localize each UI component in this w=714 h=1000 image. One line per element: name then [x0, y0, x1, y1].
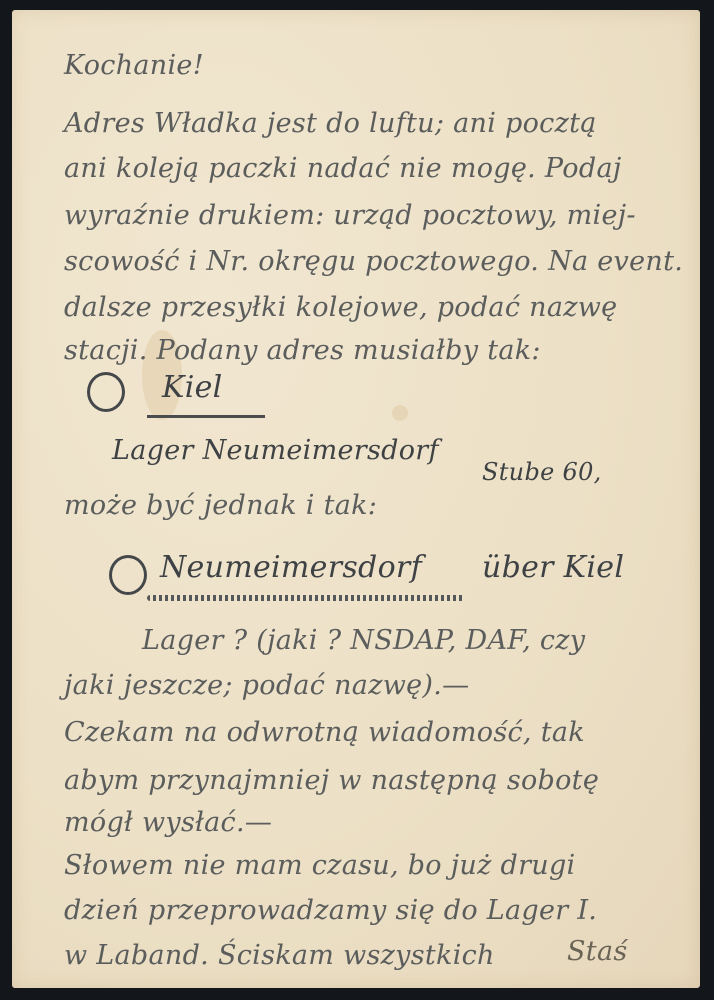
address-room: Stube 60,: [482, 458, 602, 486]
circle-mark: [109, 555, 147, 595]
text-line: dzień przeprowadzamy się do Lager I.: [64, 895, 597, 926]
address-alt-town: Neumeimersdorf: [160, 550, 422, 585]
salutation: Kochanie!: [64, 50, 204, 81]
text-line: stacji. Podany adres musiałby tak:: [64, 335, 541, 366]
water-stain: [392, 405, 408, 421]
text-line: ani koleją paczki nadać nie mogę. Podaj: [64, 153, 622, 184]
postcard: Kochanie! Adres Władka jest do luftu; an…: [12, 10, 700, 988]
wavy-underline: [147, 595, 465, 601]
underline: [147, 415, 265, 418]
address-camp: Lager Neumeimersdorf: [112, 435, 439, 466]
text-line: jaki jeszcze; podać nazwę).—: [64, 670, 469, 701]
text-line: dalsze przesyłki kolejowe, podać nazwę: [64, 292, 617, 323]
text-line: abym przynajmniej w następną sobotę: [64, 765, 599, 796]
text-line: Lager ? (jaki ? NSDAP, DAF, czy: [142, 625, 585, 656]
signature: Staś: [567, 936, 628, 967]
text-line: wyraźnie drukiem: urząd pocztowy, miej-: [64, 200, 636, 231]
address-alt-via: über Kiel: [482, 550, 624, 585]
text-line: scowość i Nr. okręgu pocztowego. Na even…: [64, 246, 683, 277]
text-line: może być jednak i tak:: [64, 490, 377, 521]
text-line: Słowem nie mam czasu, bo już drugi: [64, 850, 576, 881]
text-line: Czekam na odwrotną wiadomość, tak: [64, 717, 585, 748]
text-line: w Laband. Ściskam wszystkich: [64, 940, 495, 971]
text-line: mógł wysłać.—: [64, 807, 272, 838]
address-city: Kiel: [162, 370, 223, 405]
text-line: Adres Władka jest do luftu; ani pocztą: [64, 108, 597, 139]
circle-mark: [87, 372, 125, 412]
